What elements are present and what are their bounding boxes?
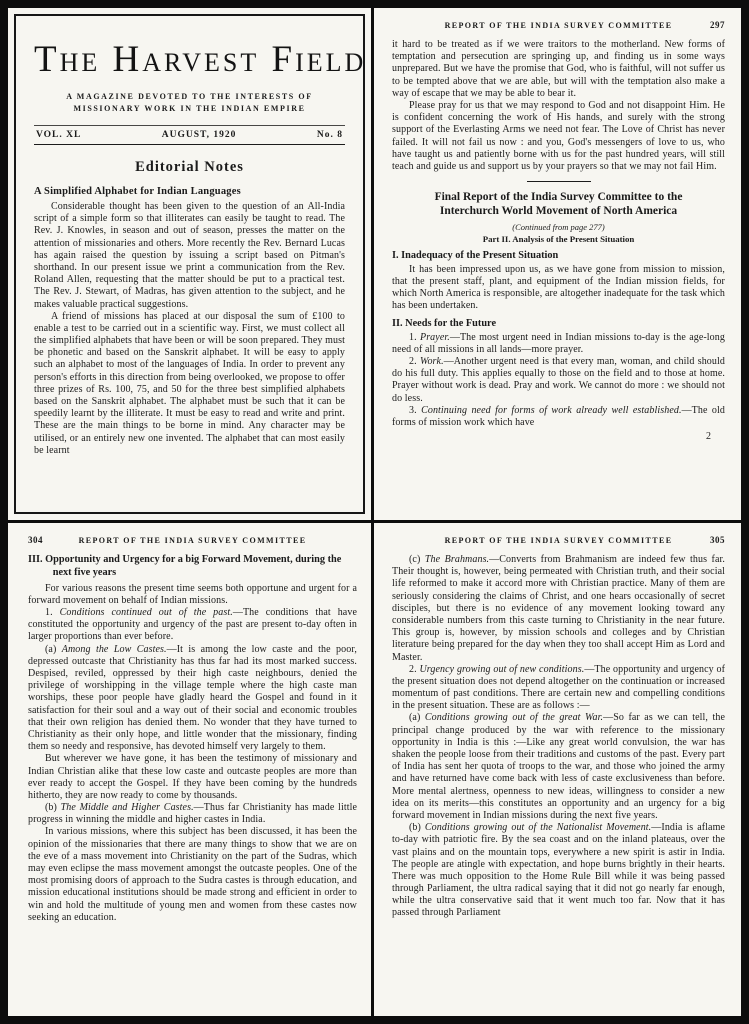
running-header-305: REPORT OF THE INDIA SURVEY COMMITTEE 305	[392, 535, 725, 545]
section2-heading: II. Needs for the Future	[392, 318, 725, 329]
page304-body-text: For various reasons the present time see…	[28, 583, 357, 924]
part-heading: Part II. Analysis of the Present Situati…	[392, 234, 725, 244]
report-title: Final Report of the India Survey Committ…	[392, 190, 725, 219]
page305-body-text: (c) The Brahmans.—Converts from Brahmani…	[392, 554, 725, 920]
magazine-title: The Harvest Field	[34, 38, 345, 81]
paragraph: 2. Urgency growing out of new conditions…	[392, 664, 725, 713]
section1-paragraph: It has been impressed upon us, as we hav…	[392, 264, 725, 313]
paragraph: For various reasons the present time see…	[28, 583, 357, 607]
continued-note: (Continued from page 277)	[392, 222, 725, 232]
masthead-rule-bottom	[34, 144, 345, 145]
page-297: REPORT OF THE INDIA SURVEY COMMITTEE 297…	[374, 8, 741, 520]
paragraph: Considerable thought has been given to t…	[34, 201, 345, 311]
page-cover: The Harvest Field A MAGAZINE DEVOTED TO …	[8, 8, 371, 520]
signature-mark: 2	[392, 431, 725, 442]
volume-date-row: VOL. XL AUGUST, 1920 No. 8	[34, 126, 345, 144]
running-header-297: REPORT OF THE INDIA SURVEY COMMITTEE 297	[392, 20, 725, 30]
paragraph: 1. Conditions continued out of the past.…	[28, 607, 357, 644]
page297-intro-text: it hard to be treated as if we were trai…	[392, 39, 725, 173]
cover-body-text: Considerable thought has been given to t…	[34, 201, 345, 457]
page-305: REPORT OF THE INDIA SURVEY COMMITTEE 305…	[374, 523, 741, 1016]
section-title: Editorial Notes	[34, 159, 345, 176]
running-header-text: REPORT OF THE INDIA SURVEY COMMITTEE	[422, 21, 695, 30]
paragraph: But wherever we have gone, it has been t…	[28, 753, 357, 802]
report-title-line-2: Interchurch World Movement of North Amer…	[440, 205, 677, 217]
issue-number: No. 8	[317, 130, 343, 140]
running-header-text: REPORT OF THE INDIA SURVEY COMMITTEE	[58, 536, 327, 545]
section-divider-rule	[527, 181, 591, 182]
paragraph: (b) Conditions growing out of the Nation…	[392, 822, 725, 920]
page-number: 297	[695, 20, 725, 30]
paragraph: A friend of missions has placed at our d…	[34, 311, 345, 457]
magazine-subtitle: A MAGAZINE DEVOTED TO THE INTERESTS OF M…	[34, 91, 345, 115]
needs-list: 1. Prayer.—The most urgent need in India…	[392, 332, 725, 430]
paragraph: (b) The Middle and Higher Castes.—Thus f…	[28, 802, 357, 826]
subtitle-line-2: MISSIONARY WORK IN THE INDIAN EMPIRE	[34, 103, 345, 115]
article-heading: A Simplified Alphabet for Indian Languag…	[34, 186, 345, 197]
volume-label: VOL. XL	[36, 130, 81, 140]
page-304: 304 REPORT OF THE INDIA SURVEY COMMITTEE…	[8, 523, 371, 1016]
paragraph: In various missions, where this subject …	[28, 826, 357, 924]
chapter-heading: III. Opportunity and Urgency for a big F…	[28, 554, 357, 580]
section1-heading: I. Inadequacy of the Present Situation	[392, 250, 725, 261]
page-number: 304	[28, 535, 58, 545]
paragraph: it hard to be treated as if we were trai…	[392, 39, 725, 100]
report-title-line-1: Final Report of the India Survey Committ…	[435, 191, 683, 203]
masthead-rule-top	[34, 125, 345, 126]
scanned-magazine-sheet: The Harvest Field A MAGAZINE DEVOTED TO …	[0, 0, 749, 1024]
running-header-text: REPORT OF THE INDIA SURVEY COMMITTEE	[422, 536, 695, 545]
subtitle-line-1: A MAGAZINE DEVOTED TO THE INTERESTS OF	[34, 91, 345, 103]
paragraph: (a) Among the Low Castes.—It is among th…	[28, 644, 357, 754]
page-number: 305	[695, 535, 725, 545]
cover-frame: The Harvest Field A MAGAZINE DEVOTED TO …	[14, 14, 365, 514]
paragraph: (a) Conditions growing out of the great …	[392, 712, 725, 822]
paragraph: 3. Continuing need for forms of work alr…	[392, 405, 725, 429]
paragraph: 1. Prayer.—The most urgent need in India…	[392, 332, 725, 356]
running-header-304: 304 REPORT OF THE INDIA SURVEY COMMITTEE	[28, 535, 357, 545]
paragraph: 2. Work.—Another urgent need is that eve…	[392, 356, 725, 405]
issue-date: AUGUST, 1920	[81, 130, 317, 140]
paragraph: (c) The Brahmans.—Converts from Brahmani…	[392, 554, 725, 664]
paragraph: Please pray for us that we may respond t…	[392, 100, 725, 173]
